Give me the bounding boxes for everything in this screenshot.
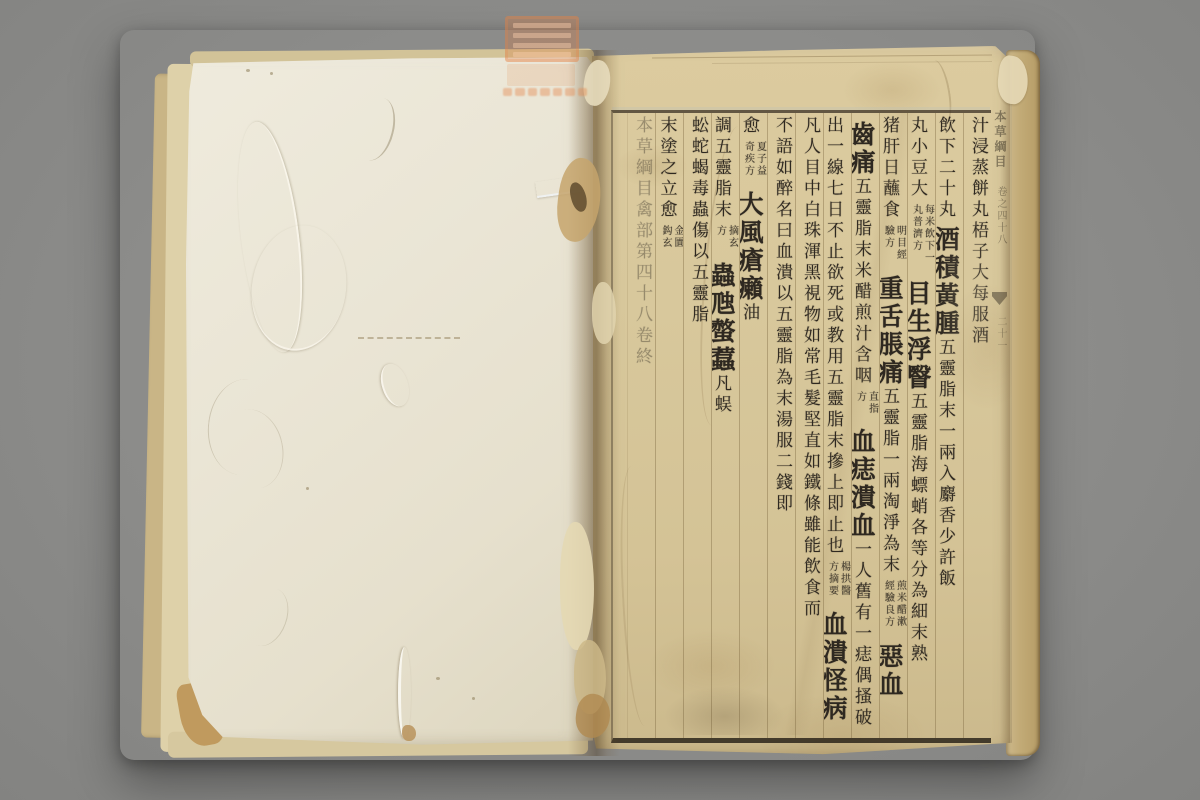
text-segment: 不語如醉名曰血潰以五靈脂為末湯服二錢即 — [772, 116, 792, 515]
text-segment: 末塗之立愈 — [657, 116, 677, 221]
text-segment: 惡血 — [879, 643, 904, 699]
text-segment: 五靈脂末一兩入麝香少許飯 — [935, 338, 955, 590]
text-segment: 出一線七日不止欲死或教用五靈脂末摻上即止也 — [823, 116, 843, 557]
paper-speck — [270, 72, 273, 75]
text-column: 出一線七日不止欲死或教用五靈脂末摻上即止也楊拱醫方摘要血潰怪病 — [823, 113, 851, 738]
text-segment: 血痣潰血 — [851, 428, 876, 540]
crease-line — [358, 331, 460, 339]
paper-speck — [306, 487, 309, 490]
text-segment: 凡蜈 — [711, 374, 731, 416]
text-segment: 五靈脂海螵蛸各等分為細末熟 — [907, 392, 927, 665]
text-column: 凡人目中白珠渾黑視物如常毛髮堅直如鐵條雖能飲食而 — [795, 113, 823, 738]
text-segment: 明目經驗方 — [882, 225, 906, 270]
paper-tear-spot — [402, 725, 416, 741]
text-column: 飲下二十丸酒積黃腫五靈脂末一兩入麝香少許飯 — [935, 113, 963, 738]
spine-volume: 卷之四十八 — [995, 186, 1006, 246]
text-column: 末塗之立愈金匱鈎玄 — [655, 113, 683, 738]
text-column: 本草綱目禽部第四十八卷終 — [627, 113, 655, 738]
text-segment: 蚣蛇蝎毒蟲傷以五靈脂 — [688, 116, 708, 326]
text-segment: 凡人目中白珠渾黑視物如常毛髮堅直如鐵條雖能飲食而 — [800, 116, 820, 620]
text-segment: 本草綱目禽部第四十八卷終 — [632, 116, 652, 368]
text-segment: 大風瘡癩 — [739, 191, 764, 303]
gutter-damage — [560, 522, 594, 650]
spine-column: 本草綱目卷之四十八二十一 — [990, 110, 1010, 735]
right-page: 汁浸蒸餅丸梧子大每服酒飲下二十丸酒積黃腫五靈脂末一兩入麝香少許飯丸小豆大每米飲下… — [592, 46, 1012, 757]
page-edge-line — [652, 55, 992, 59]
text-segment: 油 — [739, 303, 759, 324]
spine-page-number: 二十一 — [995, 316, 1006, 352]
text-segment: 酒積黃腫 — [935, 226, 960, 338]
text-segment: 蟲虺螫蠚 — [711, 262, 736, 374]
crease-line — [376, 360, 414, 410]
text-segment: 調五靈脂末 — [711, 116, 731, 221]
paper-speck — [436, 677, 440, 680]
text-column: 愈夏子益奇疾方大風瘡癩油 — [739, 113, 767, 738]
text-segment: 齒痛 — [851, 121, 876, 177]
page-edge-line — [712, 61, 992, 64]
paper-speck — [472, 697, 475, 700]
text-column: 丸小豆大每米飲下一丸普濟方目生浮瞖五靈脂海螵蛸各等分為細末熟 — [907, 113, 935, 738]
text-segment: 重舌脹痛 — [879, 275, 904, 387]
text-segment: 汁浸蒸餅丸梧子大每服酒 — [968, 116, 988, 347]
text-column: 汁浸蒸餅丸梧子大每服酒 — [963, 113, 991, 738]
text-segment: 猪肝日蘸食 — [879, 116, 899, 221]
text-segment: 血潰怪病 — [823, 611, 848, 723]
crease-line — [351, 94, 401, 165]
text-segment: 每米飲下一丸普濟方 — [910, 204, 934, 275]
paper-speck — [246, 69, 250, 72]
left-page — [186, 57, 593, 746]
text-segment: 金匱鈎玄 — [659, 225, 683, 257]
text-segment: 五靈脂末米醋煎汁含咽 — [851, 177, 871, 387]
text-segment: 五靈脂一兩淘淨為末 — [879, 387, 899, 576]
text-column: 蚣蛇蝎毒蟲傷以五靈脂 — [683, 113, 711, 738]
text-column: 齒痛五靈脂末米醋煎汁含咽直指方血痣潰血一人舊有一痣偶搔破血 — [851, 113, 879, 738]
text-segment: 愈 — [739, 116, 759, 137]
text-segment: 摘玄方 — [714, 225, 738, 257]
text-segment: 直指方 — [854, 391, 878, 423]
text-column: 不語如醉名曰血潰以五靈脂為末湯服二錢即 — [767, 113, 795, 738]
text-segment: 丸小豆大 — [907, 116, 927, 200]
text-column: 猪肝日蘸食明目經驗方重舌脹痛五靈脂一兩淘淨為末煎米醋漱經驗良方惡血 — [879, 113, 907, 738]
text-column: 調五靈脂末摘玄方蟲虺螫蠚凡蜈 — [711, 113, 739, 738]
text-segment: 夏子益奇疾方 — [742, 141, 766, 186]
text-segment: 目生浮瞖 — [907, 280, 932, 392]
spine-title: 本草綱目 — [993, 110, 1007, 170]
text-frame: 汁浸蒸餅丸梧子大每服酒飲下二十丸酒積黃腫五靈脂末一兩入麝香少許飯丸小豆大每米飲下… — [611, 110, 991, 743]
photo-stage: 汁浸蒸餅丸梧子大每服酒飲下二十丸酒積黃腫五靈脂末一兩入麝香少許飯丸小豆大每米飲下… — [0, 0, 1200, 800]
text-segment: 楊拱醫方摘要 — [826, 561, 850, 606]
gutter-damage — [592, 282, 616, 344]
text-segment: 煎米醋漱經驗良方 — [882, 580, 906, 638]
text-segment: 飲下二十丸 — [935, 116, 955, 221]
crease-line — [237, 582, 296, 652]
